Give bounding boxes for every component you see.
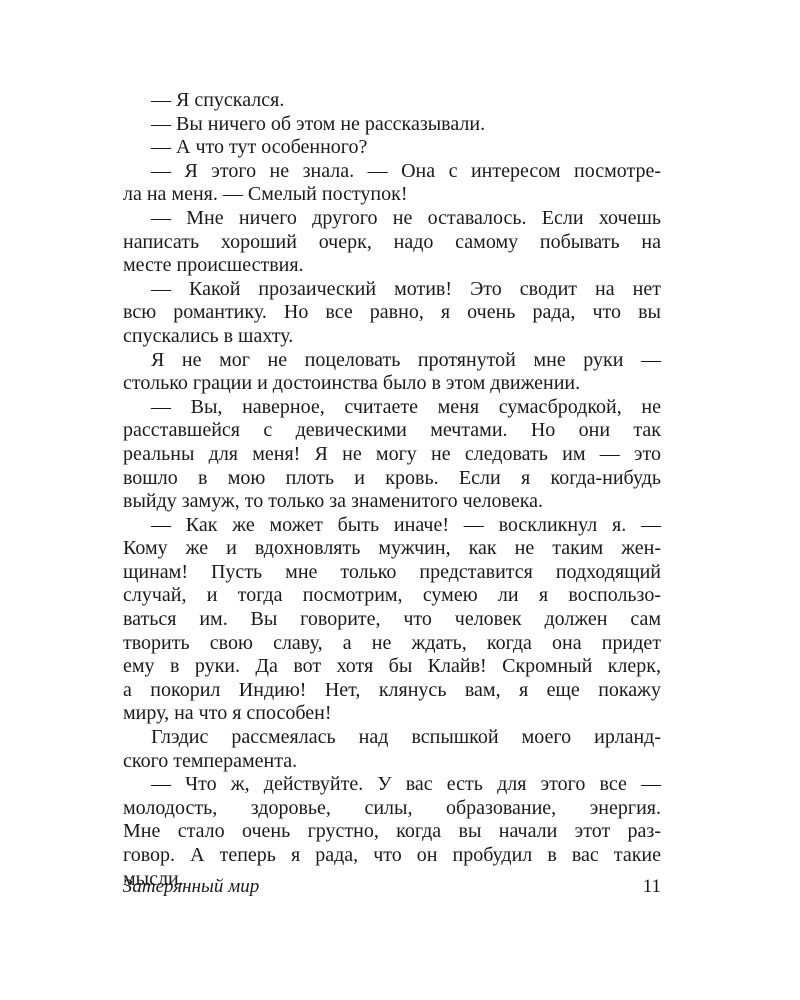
text-line: молодость, здоровье, силы, образование, … [123,797,661,821]
text-line: вошло в мою плоть и кровь. Если я когда-… [123,467,661,491]
text-line: — Вы ничего об этом не рассказывали. [123,113,661,137]
text-line: — Я спускался. [123,89,661,113]
text-line: Глэдис рассмеялась над вспышкой моего ир… [123,726,661,750]
page-footer: Затерянный мир 11 [123,876,661,898]
text-line: Я не мог не поцеловать протянутой мне ру… [123,349,661,373]
text-line: ваться им. Вы говорите, что человек долж… [123,608,661,632]
text-line: написать хороший очерк, надо самому побы… [123,231,661,255]
text-line: месте происшествия. [123,254,661,278]
text-line: творить свою славу, а не ждать, когда он… [123,632,661,656]
page-number: 11 [643,876,661,898]
text-line: случай, и тогда посмотрим, сумею ли я во… [123,584,661,608]
text-line: реальны для меня! Я не могу не следовать… [123,443,661,467]
text-line: — Мне ничего другого не оставалось. Если… [123,207,661,231]
text-line: говор. А теперь я рада, что он пробудил … [123,844,661,868]
text-line: ему в руки. Да вот хотя бы Клайв! Скромн… [123,655,661,679]
text-line: — Как же может быть иначе! — воскликнул … [123,514,661,538]
running-title: Затерянный мир [123,876,259,898]
text-line: а покорил Индию! Нет, клянусь вам, я еще… [123,679,661,703]
text-line: Мне стало очень грустно, когда вы начали… [123,820,661,844]
text-line: ла на меня. — Смелый поступок! [123,183,661,207]
text-line: Кому же и вдохновлять мужчин, как не так… [123,537,661,561]
page-body: — Я спускался.— Вы ничего об этом не рас… [123,89,661,891]
text-line: — Я этого не знала. — Она с интересом по… [123,160,661,184]
text-line: выйду замуж, то только за знаменитого че… [123,490,661,514]
text-line: ского темперамента. [123,750,661,774]
text-line: всю романтику. Но все равно, я очень рад… [123,301,661,325]
text-line: расставшейся с девическими мечтами. Но о… [123,419,661,443]
text-line: — Что ж, действуйте. У вас есть для этог… [123,773,661,797]
text-line: — А что тут особенного? [123,136,661,160]
text-line: столько грации и достоинства было в этом… [123,372,661,396]
text-line: — Какой прозаический мотив! Это сводит н… [123,278,661,302]
text-line: — Вы, наверное, считаете меня сумасбродк… [123,396,661,420]
text-line: миру, на что я способен! [123,702,661,726]
text-line: спускались в шахту. [123,325,661,349]
text-line: щинам! Пусть мне только представится под… [123,561,661,585]
